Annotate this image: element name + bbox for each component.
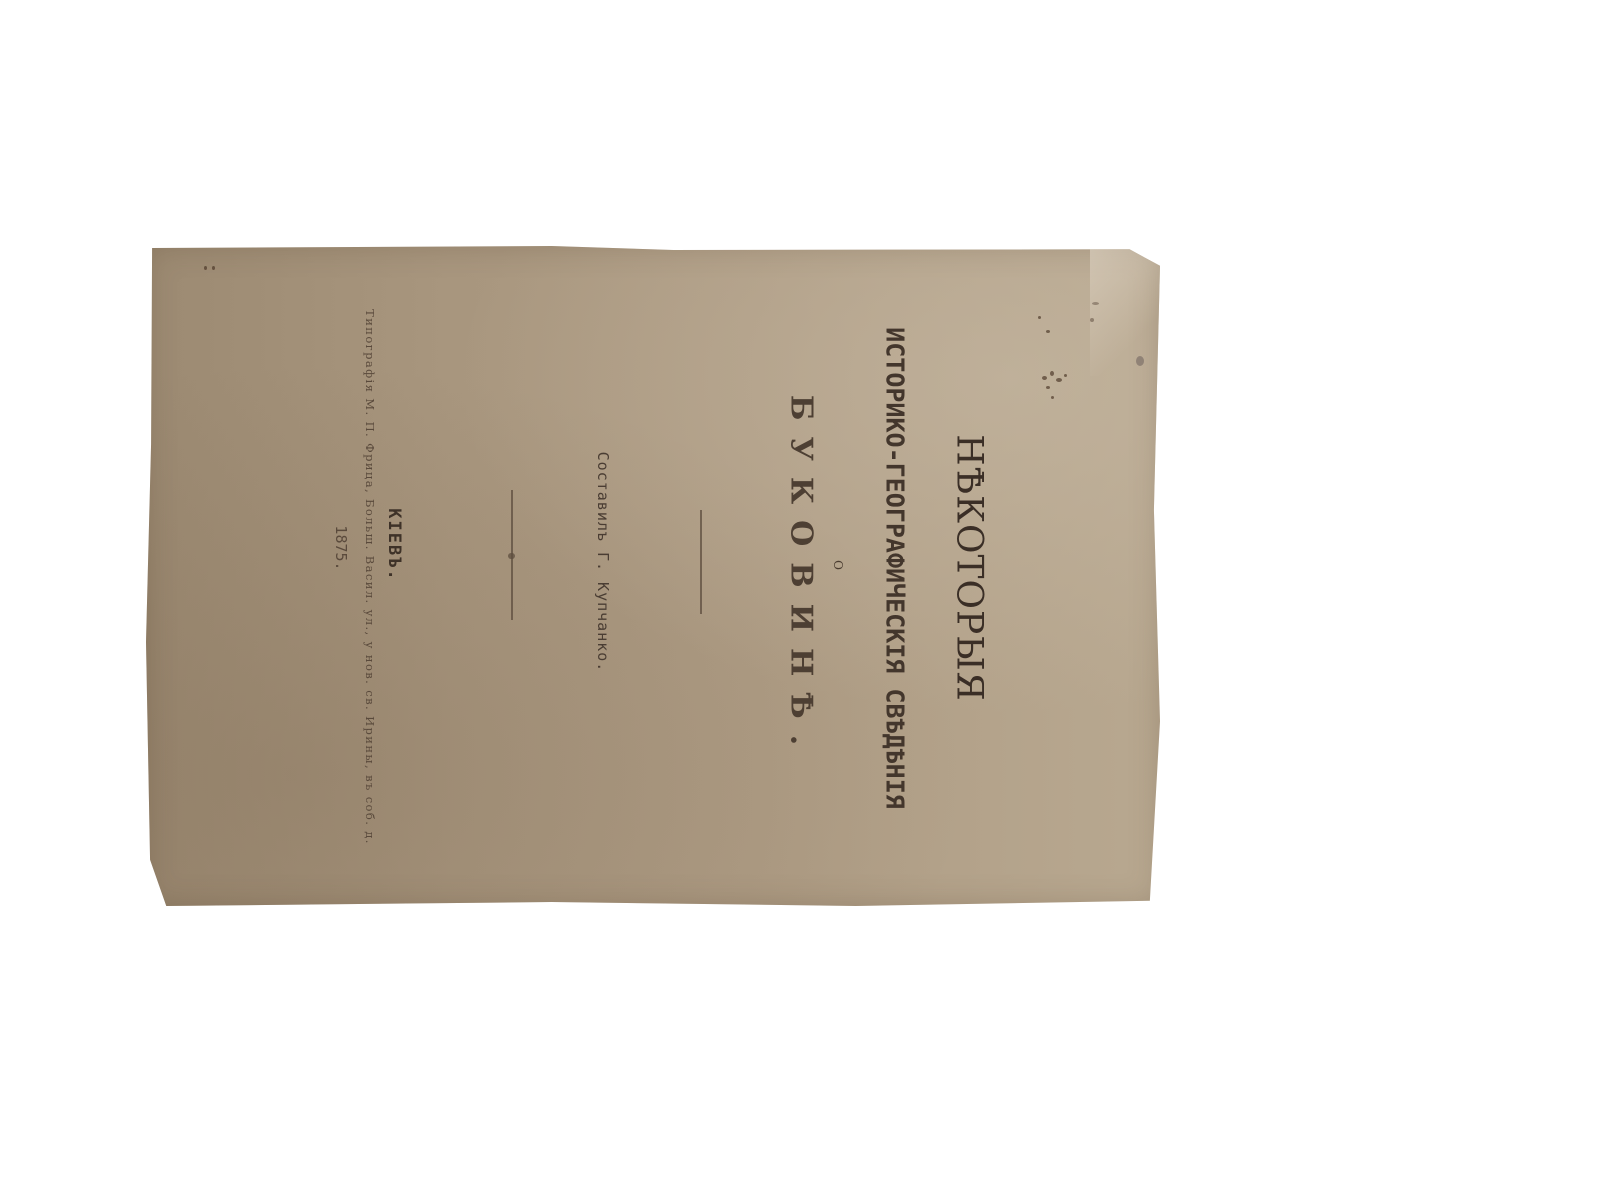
author-credit: Составилъ Г. Купчанко.: [594, 452, 612, 673]
title-line-4: БУКОВИНѢ.: [784, 395, 819, 761]
stain-mark: [1056, 378, 1062, 382]
title-line-2: ИСТОРИКО-ГЕОГРАФИЧЕСКІЯ СВѢДѢНІЯ: [881, 327, 910, 809]
stain-mark: [212, 266, 215, 270]
printer-imprint: Типографія М. П. Фрица, Больш. Васил. ул…: [363, 309, 377, 845]
title-line-1: НѢКОТОРЫЯ: [949, 434, 990, 701]
stain-mark: [1038, 316, 1041, 319]
stain-mark: [1136, 356, 1144, 366]
stain-mark: [1092, 302, 1099, 305]
stain-mark: [1042, 376, 1047, 380]
publication-city: КІЕВЪ.: [384, 508, 404, 581]
stain-mark: [204, 266, 207, 270]
stain-mark: [1050, 371, 1054, 376]
stain-mark: [1064, 374, 1067, 377]
ornamental-rule-knot: [508, 553, 515, 559]
publication-year: 1875.: [332, 525, 350, 570]
divider-rule: [700, 510, 702, 614]
stain-mark: [1046, 386, 1050, 389]
book-cover: [146, 246, 1160, 906]
photo-stage: НѢКОТОРЫЯ ИСТОРИКО-ГЕОГРАФИЧЕСКІЯ СВѢДѢН…: [0, 0, 1600, 1200]
stain-mark: [1051, 396, 1054, 399]
stain-mark: [1046, 330, 1050, 333]
stain-mark: [1090, 318, 1094, 322]
title-line-3: О: [831, 560, 845, 570]
